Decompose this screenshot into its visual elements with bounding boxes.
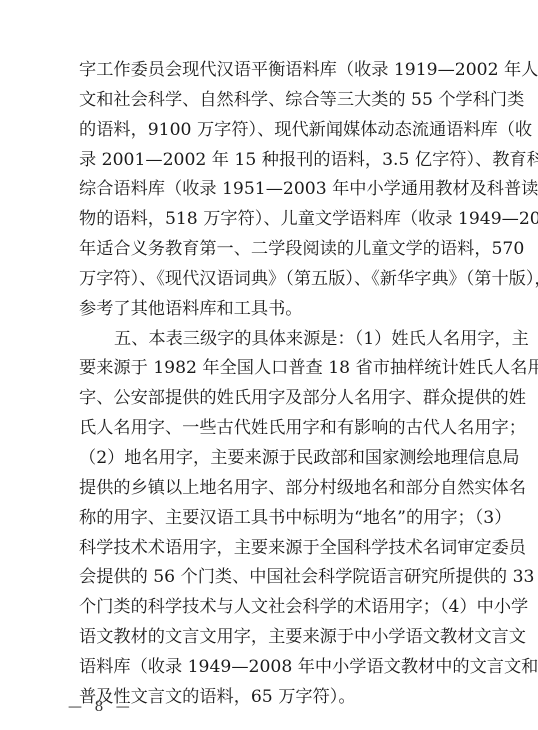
text-line: 会提供的 56 个门类、中国社会科学院语言研究所提供的 33 (79, 563, 457, 593)
text-line: 语文教材的文言文用字，主要来源于中小学语文教材文言文 (79, 623, 457, 653)
page-number: — 8 — (68, 699, 134, 715)
document-page: 字工作委员会现代汉语平衡语料库（收录 1919—2002 年人 文和社会科学、自… (0, 0, 538, 730)
text-line: 年适合义务教育第一、二学段阅读的儿童文学的语料，570 (79, 235, 457, 265)
text-line: 个门类的科学技术与人文社会科学的术语用字；（4）中小学 (79, 593, 457, 623)
text-line: 五、本表三级字的具体来源是：（1）姓氏人名用字，主 (79, 325, 457, 355)
text-line: 万字符）、《现代汉语词典》（第五版）、《新华字典》（第十版）， (79, 265, 457, 295)
text-line: 称的用字、主要汉语工具书中标明为“地名”的用字；（3） (79, 504, 457, 534)
text-line: 语料库（收录 1949—2008 年中小学语文教材中的文言文和 (79, 653, 457, 683)
text-line: 要来源于 1982 年全国人口普查 18 省市抽样统计姓氏人名用 (79, 354, 457, 384)
text-line: 氏人名用字、一些古代姓氏用字和有影响的古代人名用字； (79, 414, 457, 444)
text-line: 综合语料库（收录 1951—2003 年中小学通用教材及科普读 (79, 175, 457, 205)
text-line: 科学技术术语用字，主要来源于全国科学技术名词审定委员 (79, 534, 457, 564)
text-line: 的语料，9100 万字符）、现代新闻媒体动态流通语料库（收 (79, 116, 457, 146)
text-line: （2）地名用字，主要来源于民政部和国家测绘地理信息局 (79, 444, 457, 474)
text-line: 提供的乡镇以上地名用字、部分村级地名和部分自然实体名 (79, 474, 457, 504)
text-line: 普及性文言文的语料，65 万字符）。 (79, 683, 457, 713)
text-line: 字、公安部提供的姓氏用字及部分人名用字、群众提供的姓 (79, 384, 457, 414)
text-line: 录 2001—2002 年 15 种报刊的语料，3.5 亿字符）、教育科普 (79, 146, 457, 176)
text-line: 参考了其他语料库和工具书。 (79, 295, 457, 325)
text-line: 文和社会科学、自然科学、综合等三大类的 55 个学科门类 (79, 86, 457, 116)
text-line: 物的语料，518 万字符）、儿童文学语料库（收录 1949—2007 (79, 205, 457, 235)
text-line: 字工作委员会现代汉语平衡语料库（收录 1919—2002 年人 (79, 56, 457, 86)
body-text: 字工作委员会现代汉语平衡语料库（收录 1919—2002 年人 文和社会科学、自… (79, 56, 457, 713)
